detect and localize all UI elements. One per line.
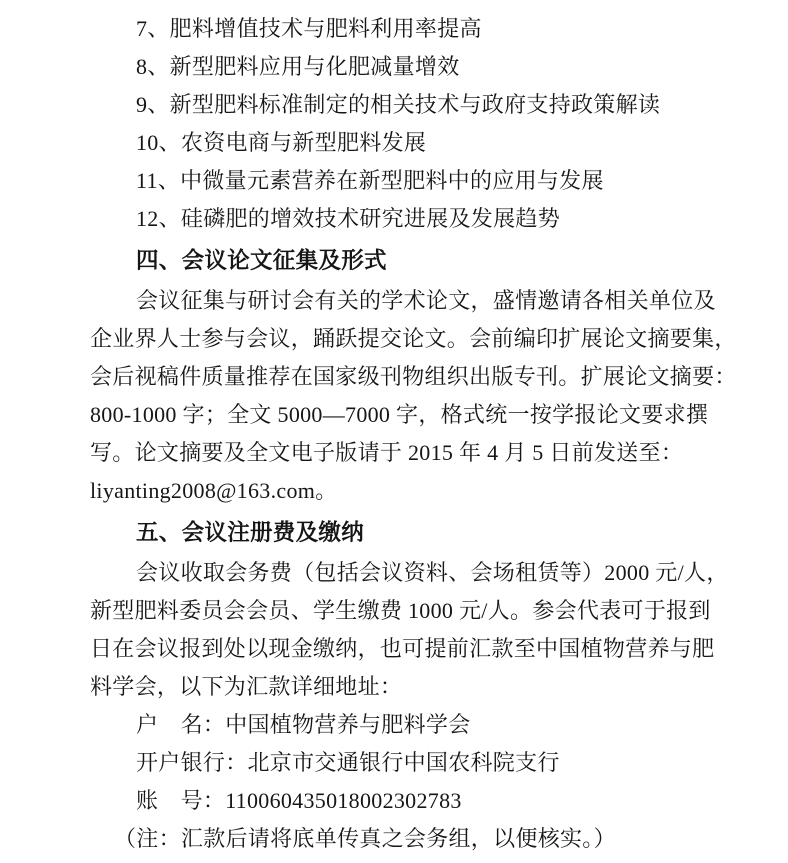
- section4-paragraph-line: 会议征集与研讨会有关的学术论文，盛情邀请各相关单位及: [90, 282, 710, 320]
- bank-account-number: 账 号：110060435018002302783: [90, 782, 710, 820]
- email-address: liyanting2008@163.com。: [90, 472, 710, 510]
- section4-paragraph-line: 800-1000 字；全文 5000—7000 字，格式统一按学报论文要求撰: [90, 396, 710, 434]
- section5-heading: 五、会议注册费及缴纳: [90, 514, 710, 552]
- topic-item-9: 9、新型肥料标准制定的相关技术与政府支持政策解读: [90, 86, 710, 124]
- section4-paragraph-line: 会后视稿件质量推荐在国家级刊物组织出版专刊。扩展论文摘要：: [90, 358, 710, 396]
- section4-heading: 四、会议论文征集及形式: [90, 242, 710, 280]
- section5-paragraph-line: 新型肥料委员会会员、学生缴费 1000 元/人。参会代表可于报到: [90, 592, 710, 630]
- remittance-note: （注：汇款后请将底单传真之会务组，以便核实。）: [90, 820, 710, 858]
- topic-item-12: 12、硅磷肥的增效技术研究进展及发展趋势: [90, 200, 710, 238]
- bank-account-name: 户 名：中国植物营养与肥料学会: [90, 706, 710, 744]
- section4-paragraph-line: 企业界人士参与会议，踊跃提交论文。会前编印扩展论文摘要集，: [90, 320, 710, 358]
- topic-item-8: 8、新型肥料应用与化肥减量增效: [90, 48, 710, 86]
- bank-branch: 开户银行：北京市交通银行中国农科院支行: [90, 744, 710, 782]
- section5-paragraph-line: 会议收取会务费（包括会议资料、会场租赁等）2000 元/人，: [90, 554, 710, 592]
- conference-notice-page: 7、肥料增值技术与肥料利用率提高 8、新型肥料应用与化肥减量增效 9、新型肥料标…: [0, 0, 788, 858]
- topic-item-7: 7、肥料增值技术与肥料利用率提高: [90, 10, 710, 48]
- section5-paragraph-line: 料学会，以下为汇款详细地址：: [90, 668, 710, 706]
- topic-item-11: 11、中微量元素营养在新型肥料中的应用与发展: [90, 162, 710, 200]
- section5-paragraph-line: 日在会议报到处以现金缴纳，也可提前汇款至中国植物营养与肥: [90, 630, 710, 668]
- section4-paragraph-line: 写。论文摘要及全文电子版请于 2015 年 4 月 5 日前发送至：: [90, 434, 710, 472]
- topic-item-10: 10、农资电商与新型肥料发展: [90, 124, 710, 162]
